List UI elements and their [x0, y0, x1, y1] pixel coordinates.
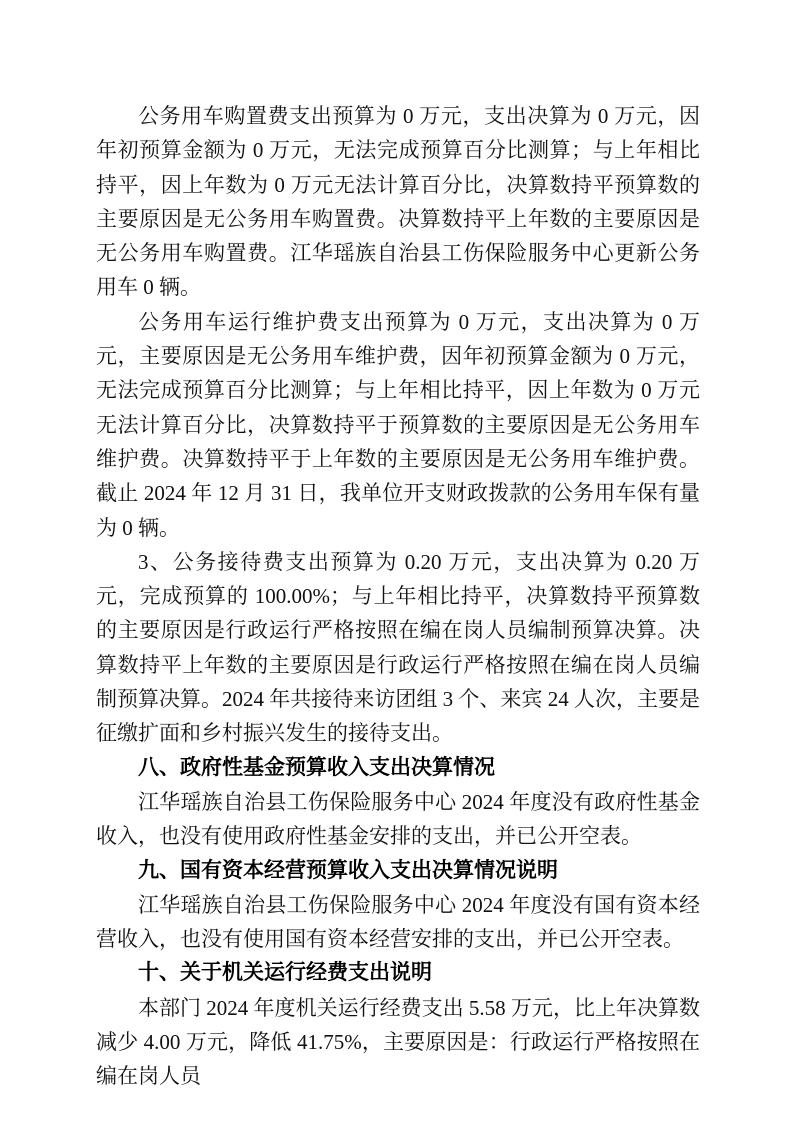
body-paragraph: 公务用车运行维护费支出预算为 0 万元，支出决算为 0 万元，主要原因是无公务用…	[96, 305, 700, 545]
section-heading: 十、关于机关运行经费支出说明	[96, 956, 700, 990]
body-paragraph: 本部门 2024 年度机关运行经费支出 5.58 万元，比上年决算数减少 4.0…	[96, 991, 700, 1094]
document-content: 公务用车购置费支出预算为 0 万元，支出决算为 0 万元，因年初预算金额为 0 …	[96, 99, 700, 1094]
body-paragraph: 公务用车购置费支出预算为 0 万元，支出决算为 0 万元，因年初预算金额为 0 …	[96, 99, 700, 305]
body-paragraph: 江华瑶族自治县工伤保险服务中心 2024 年度没有国有资本经营收入，也没有使用国…	[96, 888, 700, 957]
section-heading: 九、国有资本经营预算收入支出决算情况说明	[96, 854, 700, 888]
section-heading: 八、政府性基金预算收入支出决算情况	[96, 751, 700, 785]
body-paragraph: 3、公务接待费支出预算为 0.20 万元，支出决算为 0.20 万元，完成预算的…	[96, 545, 700, 751]
body-paragraph: 江华瑶族自治县工伤保险服务中心 2024 年度没有政府性基金收入，也没有使用政府…	[96, 785, 700, 854]
document-page: 公务用车购置费支出预算为 0 万元，支出决算为 0 万元，因年初预算金额为 0 …	[0, 0, 793, 1122]
